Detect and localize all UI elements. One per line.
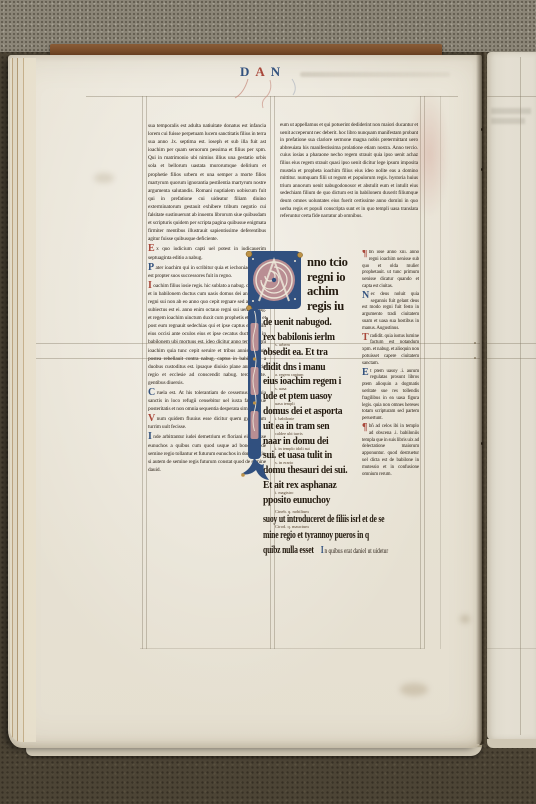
bible-line-text: regni io [307, 270, 413, 285]
bible-line-text: pposito eunuchoy [263, 496, 403, 506]
illuminated-initial-A [239, 251, 303, 483]
bible-line-text: achim [307, 284, 413, 299]
colored-initial-E: E [148, 245, 155, 253]
colored-initial-V: V [148, 415, 155, 423]
crease-speck [481, 168, 483, 171]
colored-initial-P: P [148, 264, 154, 272]
bible-line: quibz nulla essetIn quibus erat daniel u… [263, 540, 413, 556]
ruling-line [487, 358, 536, 359]
bible-line: i. magistropposito eunuchoy [263, 491, 413, 506]
bible-line-text: suoy ut introduceret de filiis isrl et d… [263, 514, 368, 524]
gloss-block: eum ut appellamus et qui potuerint dedid… [280, 122, 418, 221]
bible-line-text: mine regio et tyrannoy pueros in q [263, 530, 368, 540]
manuscript-photo: DAN sua temporalis est adulta natiuitate… [0, 0, 536, 804]
gloss-block: sua temporalis est adulta natiuitate don… [148, 122, 266, 243]
ruling-line [146, 96, 147, 649]
crease-speck [481, 128, 483, 131]
ruling-line [520, 57, 521, 735]
parchment-stain [94, 173, 114, 183]
inline-gloss: In quibus erat daniel ut uidetur [321, 546, 388, 555]
ruling-line [142, 96, 143, 649]
showthrough-text [491, 108, 531, 114]
facing-page-edge [487, 739, 536, 748]
ruling-line [487, 96, 536, 97]
crease-speck [481, 442, 483, 445]
gutter-crease [476, 52, 488, 744]
manuscript-page: DAN sua temporalis est adulta natiuitate… [8, 55, 482, 748]
parchment-stain [400, 683, 428, 696]
parchment-stain [460, 615, 470, 623]
bible-line-text: regis iu [307, 299, 413, 314]
bible-line: Cirod. q. mauctummine regio et tyrannoy … [263, 524, 413, 540]
right-prologue: eum ut appellamus et qui potuerint dedid… [280, 122, 418, 251]
bible-line: Cineb. q. nobiliumsuoy ut introduceret d… [263, 509, 413, 525]
colored-initial-C: C [148, 389, 155, 397]
facing-page-sliver [487, 52, 536, 740]
ruling-line [487, 648, 536, 649]
stacked-page-edges [10, 58, 36, 742]
colored-initial-I: I [148, 433, 152, 441]
colored-initial-I: I [148, 282, 152, 290]
ruling-line [140, 648, 424, 649]
ruling-line [487, 343, 536, 344]
colored-initial-I: I [321, 544, 324, 556]
penwork-flourish [234, 77, 324, 111]
bible-line-text: quibz nulla essetIn quibus erat daniel u… [263, 545, 368, 555]
bible-line-text: nno tcio [307, 255, 413, 270]
